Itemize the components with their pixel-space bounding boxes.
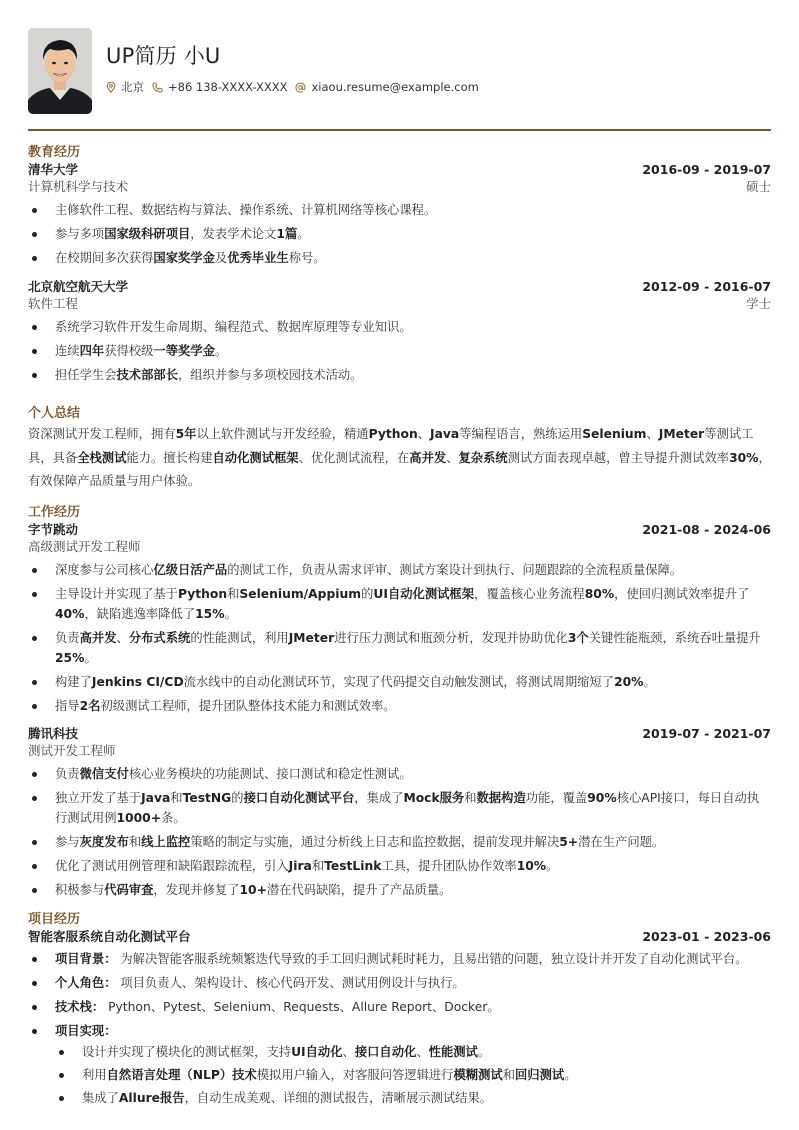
- email-text[interactable]: xiaou.resume@example.com: [311, 79, 478, 97]
- school-name: 清华大学: [28, 161, 78, 178]
- header-divider: [28, 129, 771, 131]
- work-entry: 腾讯科技 2019-07 - 2021-07 测试开发工程师 负责微信支付核心业…: [28, 725, 771, 900]
- date-range: 2023-01 - 2023-06: [642, 928, 771, 945]
- date-range: 2016-09 - 2019-07: [642, 161, 771, 178]
- school-name: 北京航空航天大学: [28, 278, 128, 295]
- contact-info: 北京 +86 138-XXXX-XXXX xiaou.resume@exampl…: [106, 79, 487, 97]
- summary-text: 资深测试开发工程师，拥有5年以上软件测试与开发经验，精通Python、Java等…: [28, 423, 771, 494]
- list-item: 参与多项国家级科研项目，发表学术论文1篇。: [28, 224, 771, 244]
- at-sign-icon: [295, 82, 306, 93]
- list-item: 指导2名初级测试工程师，提升团队整体技术能力和测试效率。: [28, 696, 771, 716]
- section-summary: 个人总结 资深测试开发工程师，拥有5年以上软件测试与开发经验，精通Python、…: [28, 406, 771, 494]
- list-item: 参与灰度发布和线上监控策略的制定与实施，通过分析线上日志和监控数据，提前发现并解…: [28, 832, 771, 852]
- list-item: 项目背景： 为解决智能客服系统频繁迭代导致的手工回归测试耗时耗力，且易出错的问题…: [28, 949, 771, 969]
- work-entry: 字节跳动 2021-08 - 2024-06 高级测试开发工程师 深度参与公司核…: [28, 521, 771, 716]
- list-item: 设计并实现了模块化的测试框架，支持UI自动化、接口自动化、性能测试。: [55, 1042, 771, 1062]
- section-title: 教育经历: [28, 145, 771, 161]
- section-title: 项目经历: [28, 912, 771, 928]
- location-text: 北京: [121, 79, 144, 97]
- education-entry: 清华大学 2016-09 - 2019-07 计算机科学与技术 硕士 主修软件工…: [28, 161, 771, 268]
- bullet-list: 深度参与公司核心亿级日活产品的测试工作，负责从需求评审、测试方案设计到执行、问题…: [28, 560, 771, 716]
- list-item: 独立开发了基于Java和TestNG的接口自动化测试平台，集成了Mock服务和数…: [28, 788, 771, 828]
- date-range: 2019-07 - 2021-07: [642, 725, 771, 742]
- section-title: 工作经历: [28, 505, 771, 521]
- bullet-list: 主修软件工程、数据结构与算法、操作系统、计算机网络等核心课程。参与多项国家级科研…: [28, 200, 771, 268]
- section-projects: 项目经历 智能客服系统自动化测试平台 2023-01 - 2023-06 项目背…: [28, 912, 771, 1111]
- resume-header: UP简历 小U 北京 +86 138-XXXX-XXXX: [28, 0, 771, 130]
- resume-page: UP简历 小U 北京 +86 138-XXXX-XXXX: [28, 0, 771, 130]
- avatar: [28, 28, 92, 114]
- list-item: 系统学习软件开发生命周期、编程范式、数据库原理等专业知识。: [28, 317, 771, 337]
- major: 软件工程: [28, 295, 78, 313]
- list-item: 主导设计并实现了基于Python和Selenium/Appium的UI自动化测试…: [28, 584, 771, 624]
- job-role: 测试开发工程师: [28, 742, 116, 760]
- list-item: 构建了Jenkins CI/CD流水线中的自动化测试环节，实现了代码提交自动触发…: [28, 672, 771, 692]
- project-name: 智能客服系统自动化测试平台: [28, 928, 191, 945]
- phone-text: +86 138-XXXX-XXXX: [168, 79, 287, 97]
- date-range: 2012-09 - 2016-07: [642, 278, 771, 295]
- section-title: 个人总结: [28, 406, 771, 422]
- contact-location: 北京: [106, 79, 144, 97]
- list-item: 连续四年获得校级一等奖学金。: [28, 341, 771, 361]
- list-item: 积极参与代码审查，发现并修复了10+潜在代码缺陷，提升了产品质量。: [28, 880, 771, 900]
- contact-phone: +86 138-XXXX-XXXX: [152, 79, 287, 97]
- bullet-list: 项目背景： 为解决智能客服系统频繁迭代导致的手工回归测试耗时耗力，且易出错的问题…: [28, 949, 771, 1041]
- date-range: 2021-08 - 2024-06: [642, 521, 771, 538]
- list-item: 个人角色： 项目负责人、架构设计、核心代码开发、测试用例设计与执行。: [28, 973, 771, 993]
- location-pin-icon: [106, 82, 116, 93]
- list-item: 项目实现：: [28, 1021, 771, 1041]
- company-name: 腾讯科技: [28, 725, 78, 742]
- sub-bullet-list: 设计并实现了模块化的测试框架，支持UI自动化、接口自动化、性能测试。利用自然语言…: [55, 1042, 771, 1108]
- list-item: 主修软件工程、数据结构与算法、操作系统、计算机网络等核心课程。: [28, 200, 771, 220]
- section-work: 工作经历 字节跳动 2021-08 - 2024-06 高级测试开发工程师 深度…: [28, 505, 771, 904]
- bullet-list: 系统学习软件开发生命周期、编程范式、数据库原理等专业知识。连续四年获得校级一等奖…: [28, 317, 771, 385]
- contact-email: xiaou.resume@example.com: [295, 79, 478, 97]
- list-item: 担任学生会技术部部长，组织并参与多项校园技术活动。: [28, 365, 771, 385]
- job-role: 高级测试开发工程师: [28, 538, 141, 556]
- phone-icon: [152, 82, 163, 93]
- company-name: 字节跳动: [28, 521, 78, 538]
- list-item: 负责微信支付核心业务模块的功能测试、接口测试和稳定性测试。: [28, 764, 771, 784]
- project-entry: 智能客服系统自动化测试平台 2023-01 - 2023-06 项目背景： 为解…: [28, 928, 771, 1108]
- list-item: 负责高并发、分布式系统的性能测试，利用JMeter进行压力测试和瓶颈分析，发现并…: [28, 628, 771, 668]
- degree: 学士: [746, 295, 771, 313]
- list-item: 在校期间多次获得国家奖学金及优秀毕业生称号。: [28, 248, 771, 268]
- list-item: 利用自然语言处理（NLP）技术模拟用户输入，对客服问答逻辑进行模糊测试和回归测试…: [55, 1065, 771, 1085]
- section-education: 教育经历 清华大学 2016-09 - 2019-07 计算机科学与技术 硕士 …: [28, 145, 771, 389]
- degree: 硕士: [746, 178, 771, 196]
- education-entry: 北京航空航天大学 2012-09 - 2016-07 软件工程 学士 系统学习软…: [28, 278, 771, 385]
- list-item: 技术栈： Python、Pytest、Selenium、Requests、All…: [28, 997, 771, 1017]
- bullet-list: 负责微信支付核心业务模块的功能测试、接口测试和稳定性测试。独立开发了基于Java…: [28, 764, 771, 900]
- list-item: 优化了测试用例管理和缺陷跟踪流程，引入Jira和TestLink工具，提升团队协…: [28, 856, 771, 876]
- list-item: 集成了Allure报告，自动生成美观、详细的测试报告，清晰展示测试结果。: [55, 1088, 771, 1108]
- candidate-name: UP简历 小U: [106, 44, 220, 69]
- list-item: 深度参与公司核心亿级日活产品的测试工作，负责从需求评审、测试方案设计到执行、问题…: [28, 560, 771, 580]
- major: 计算机科学与技术: [28, 178, 128, 196]
